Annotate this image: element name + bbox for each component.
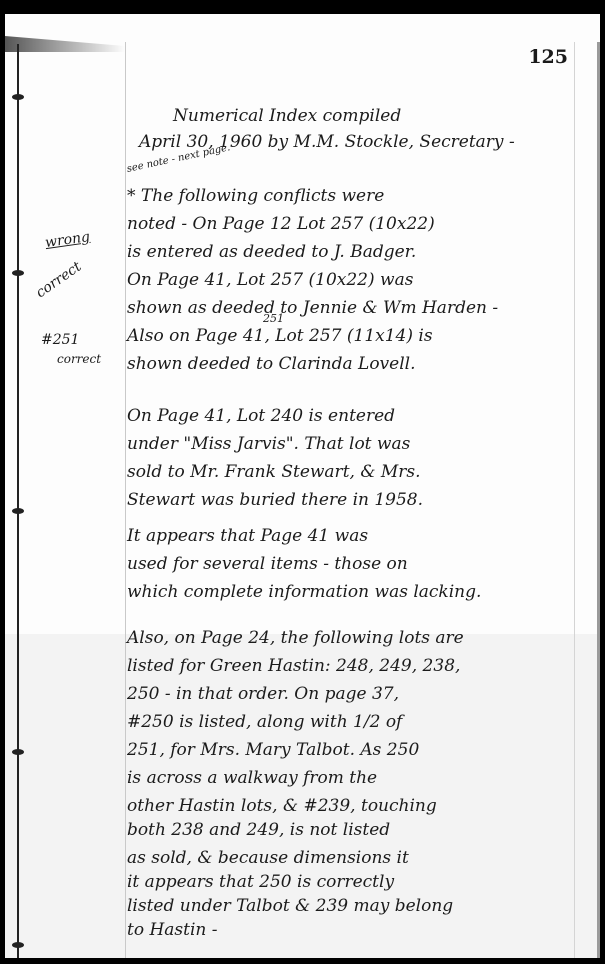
para4-line: 250 - in that order. On page 37, bbox=[127, 684, 399, 704]
para3-line: which complete information was lacking. bbox=[127, 582, 481, 602]
correction-superscript: 251 bbox=[263, 312, 284, 325]
margin-rule bbox=[125, 42, 126, 958]
binding-stitch bbox=[12, 942, 24, 948]
margin-note-wrong: wrong bbox=[44, 229, 91, 251]
page-fold-shadow bbox=[5, 32, 125, 52]
binding-stitch bbox=[12, 508, 24, 514]
para4-line: as sold, & because dimensions it bbox=[127, 848, 409, 868]
ledger-page: 125 Numerical Index compiled April 30, 1… bbox=[5, 14, 600, 958]
binding-stitch bbox=[12, 749, 24, 755]
para4-line: is across a walkway from the bbox=[127, 768, 377, 788]
para1-line: On Page 41, Lot 257 (10x22) was bbox=[127, 270, 413, 290]
para1-line: noted - On Page 12 Lot 257 (10x22) bbox=[127, 214, 435, 234]
page-edge bbox=[597, 42, 600, 958]
page-number: 125 bbox=[528, 46, 568, 68]
para1-line: shown deeded to Clarinda Lovell. bbox=[127, 354, 416, 374]
para4-line: Also, on Page 24, the following lots are bbox=[127, 628, 464, 648]
para4-line: 251, for Mrs. Mary Talbot. As 250 bbox=[127, 740, 419, 760]
para4-line: #250 is listed, along with 1/2 of bbox=[127, 712, 402, 732]
binding-stitch bbox=[12, 270, 24, 276]
margin-note-lot-251-correct: correct bbox=[57, 352, 101, 366]
margin-note-lot-251: #251 bbox=[41, 332, 79, 348]
para1-line: is entered as deeded to J. Badger. bbox=[127, 242, 416, 262]
para2-line: sold to Mr. Frank Stewart, & Mrs. bbox=[127, 462, 421, 482]
right-rule bbox=[574, 42, 575, 958]
margin-note-correct: correct bbox=[33, 259, 84, 302]
heading-line-1: Numerical Index compiled bbox=[173, 106, 401, 126]
para2-line: On Page 41, Lot 240 is entered bbox=[127, 406, 395, 426]
para4-line: both 238 and 249, is not listed bbox=[127, 820, 390, 840]
para3-line: used for several items - those on bbox=[127, 554, 408, 574]
para4-line: it appears that 250 is correctly bbox=[127, 872, 394, 892]
para3-line: It appears that Page 41 was bbox=[127, 526, 368, 546]
para1-line: * The following conflicts were bbox=[127, 186, 384, 206]
para1-line: Also on Page 41, Lot 257 (11x14) is bbox=[127, 326, 433, 346]
binding-stitch bbox=[12, 94, 24, 100]
para2-line: Stewart was buried there in 1958. bbox=[127, 490, 423, 510]
para2-line: under "Miss Jarvis". That lot was bbox=[127, 434, 410, 454]
binding-line bbox=[17, 44, 19, 958]
para4-line: listed for Green Hastin: 248, 249, 238, bbox=[127, 656, 460, 676]
para4-line: other Hastin lots, & #239, touching bbox=[127, 796, 437, 816]
para4-line: to Hastin - bbox=[127, 920, 218, 940]
para4-line: listed under Talbot & 239 may belong bbox=[127, 896, 453, 916]
para1-line: shown as deeded to Jennie & Wm Harden - bbox=[127, 298, 498, 318]
